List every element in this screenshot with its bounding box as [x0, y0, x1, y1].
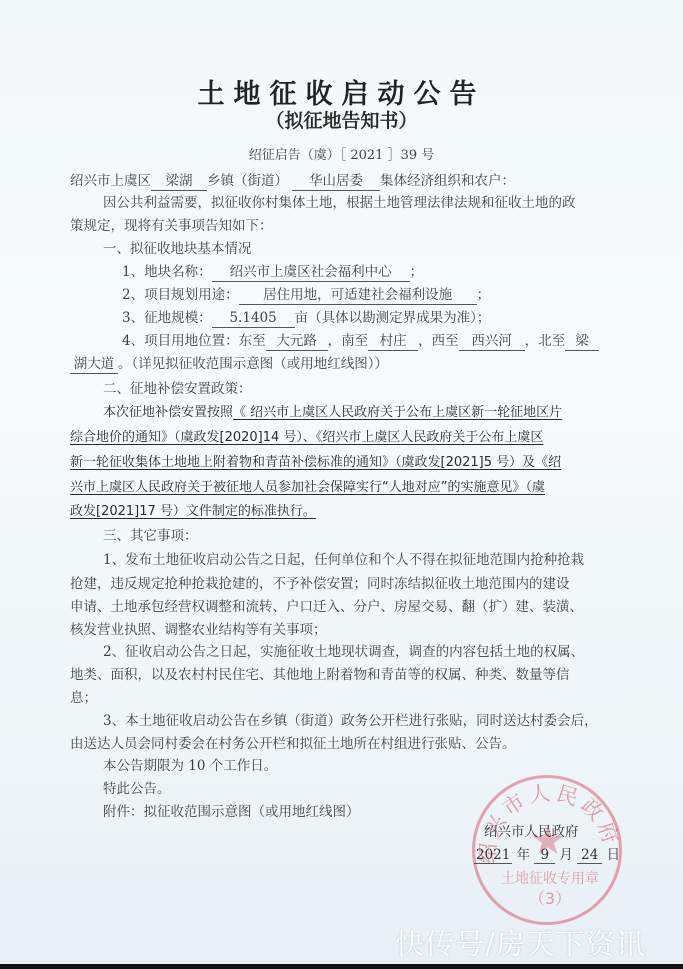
date-day: 24 — [577, 847, 602, 864]
section-3-p2-line-3: 息； — [70, 689, 97, 707]
east-boundary: 大元路 — [266, 332, 328, 351]
item-2: 2、项目规划用途：居住用地，可适建社会福利设施； — [122, 286, 490, 305]
item-1-value: 绍兴市上虞区社会福利中心 — [212, 263, 410, 282]
seal-number: （3） — [475, 886, 625, 909]
north-boundary-part1: 梁 — [565, 332, 599, 351]
notice-period: 本公告期限为 10 个工作日。 — [103, 757, 277, 775]
item-4-continued: 湖大道。（详见拟征收范围示意图（或用地红线图）） — [70, 355, 388, 374]
west-boundary: 西兴河 — [459, 332, 525, 351]
section-3-p2-line-1: 2、征收启动公告之日起，实施征收土地现状调查，调查的内容包括土地的权属、 — [103, 643, 584, 661]
attachment-text: 附件：拟征收范围示意图（或用地红线图） — [103, 803, 360, 821]
section-3-p1-line-3: 申请、土地承包经营权调整和流转、户口迁入、分户、房屋交易、翻（扩）建、装潢、 — [70, 598, 583, 616]
section-2-line-5: 政发[2021]17 号）文件制定的标准执行。 — [70, 503, 316, 521]
date-year: 2021 — [474, 847, 512, 864]
section-2-line-3: 新一轮征收集体土地地上附着物和青苗补偿标准的通知》（虞政发[2021]5 号）及… — [70, 454, 561, 472]
document-page: 土地征收启动公告 （拟征地告知书） 绍征启告（虞）［ 2021 ］39 号 绍兴… — [0, 0, 683, 964]
township-suffix: 乡镇（街道） — [207, 173, 288, 189]
item-2-value: 居住用地，可适建社会福利设施 — [239, 286, 477, 305]
date-year-label: 年 — [517, 847, 531, 863]
section-2-heading: 二、征地补偿安置政策： — [103, 380, 252, 398]
section-3-p3-line-2: 由送达人员会同村委会在村务公开栏和拟征土地所在村组进行张贴、公告。 — [70, 735, 516, 753]
source-watermark: 快传号/房天下资讯 — [395, 922, 646, 963]
township-field: 梁湖 — [151, 172, 207, 191]
date-month: 9 — [534, 847, 555, 864]
item-4-label: 4、项目用地位置：东至 — [122, 333, 266, 349]
section-3-p2-line-2: 地类、面积，以及农村村民住宅、其他地上附着物和青苗等的权属、种类、数量等信 — [70, 666, 570, 684]
addressee-line: 绍兴市上虞区梁湖乡镇（街道）华山居委集体经济组织和农户： — [70, 172, 515, 191]
item-2-label: 2、项目规划用途： — [122, 287, 239, 303]
south-boundary: 村庄 — [368, 332, 418, 351]
item-3-end: 亩（具体以勘测定界成果为准）； — [295, 310, 491, 326]
closing-text: 特此公告。 — [103, 780, 171, 798]
intro-line-1: 因公共利益需要，拟征收你村集体土地，根据土地管理法律法规和征收土地的政 — [103, 194, 576, 212]
item-1: 1、地块名称：绍兴市上虞区社会福利中心； — [122, 263, 423, 282]
section-3-p1-line-1: 1、发布土地征收启动公告之日起，任何单位和个人不得在拟征地范围内抢种抢栽 — [103, 551, 584, 569]
item-2-end: ； — [477, 287, 491, 303]
item-3-value: 5.1405 — [212, 309, 295, 328]
section-3-p3-line-1: 3、本土地征收启动公告在乡镇（街道）政务公开栏进行张贴，同时送达村委会后， — [103, 712, 598, 730]
north-label: ，北至 — [525, 333, 566, 349]
village-field: 华山居委 — [292, 172, 380, 191]
south-label: ，南至 — [328, 333, 369, 349]
seal-bottom-text: 土地征收专用章 — [475, 868, 625, 888]
page-subtitle: （拟征地告知书） — [0, 106, 683, 133]
section-1-heading: 一、拟征收地块基本情况 — [103, 240, 252, 258]
document-number: 绍征启告（虞）［ 2021 ］39 号 — [0, 144, 683, 163]
item-4: 4、项目用地位置：东至大元路，南至村庄，西至西兴河，北至梁 — [122, 332, 599, 351]
item-1-end: ； — [410, 264, 424, 280]
addressee-suffix: 集体经济组织和农户： — [380, 173, 515, 189]
date-day-label: 日 — [607, 847, 621, 863]
item-3: 3、征地规模：5.1405亩（具体以勘测定界成果为准）； — [122, 309, 490, 328]
item-3-label: 3、征地规模： — [122, 310, 212, 326]
north-boundary-part2: 湖大道 — [70, 355, 118, 374]
intro-line-2: 策规定，现将有关事项告知如下： — [70, 217, 273, 235]
addressee-prefix: 绍兴市上虞区 — [70, 173, 151, 189]
section-3-p1-line-4: 核发营业执照、调整农业结构等有关事项； — [70, 621, 327, 639]
section-3-p1-line-2: 抢建，违反规定抢种抢栽抢建的，不予补偿安置；同时冻结拟征收土地范围内的建设 — [70, 575, 570, 593]
section-2-lead: 本次征地补偿安置按照 — [103, 405, 233, 420]
issue-date: 2021 年 9 月 24 日 — [474, 843, 620, 864]
section-2-line-4: 兴市上虞区人民政府关于被征地人员参加社会保障实行“人地对应”的实施意见》（虞 — [70, 479, 545, 497]
signatory: 绍兴市人民政府 — [484, 820, 579, 840]
section-2-line-2: 综合地价的通知》（虞政发[2020]14 号）、《绍兴市上虞区人民政府关于公布上… — [70, 429, 543, 447]
item-4-end: 。（详见拟征收范围示意图（或用地红线图）） — [118, 356, 388, 372]
date-month-label: 月 — [559, 847, 573, 863]
bottom-border — [0, 964, 683, 969]
item-1-label: 1、地块名称： — [122, 264, 212, 280]
section-2-line-1: 本次征地补偿安置按照《 绍兴市上虞区人民政府关于公布上虞区新一轮征地区片 — [103, 404, 562, 422]
west-label: ，西至 — [418, 333, 459, 349]
policy-reference-1: 《 绍兴市上虞区人民政府关于公布上虞区新一轮征地区片 — [233, 405, 562, 420]
section-3-heading: 三、其它事项： — [103, 527, 198, 545]
